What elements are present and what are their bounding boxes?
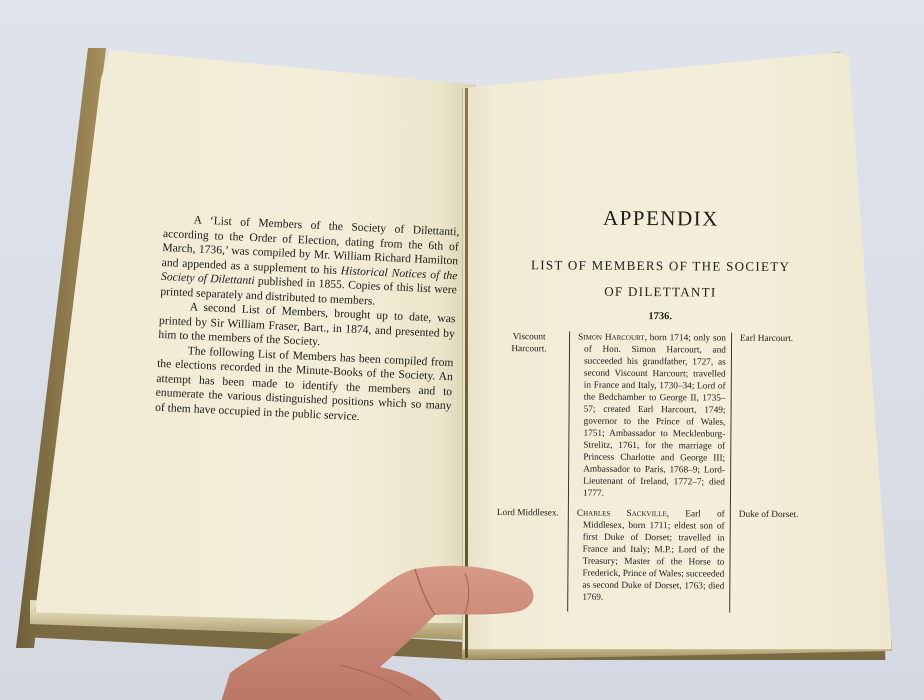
intro-paragraph-3: The following List of Members has been c… (155, 342, 454, 428)
introductory-note: A ‘List of Members of the Society of Dil… (155, 212, 460, 428)
member-biography: Charles Sackville, Earl of Middlesex, bo… (567, 508, 731, 613)
member-entry: Viscount Harcourt. Simon Harcourt, born … (494, 331, 825, 509)
member-name: Simon Harcourt (578, 333, 645, 343)
subheading-line-2: OF DILETTANTI (495, 278, 825, 306)
member-name: Charles Sackville (577, 509, 667, 520)
biography-text: , Earl of Middlesex, born 1711; eldest s… (582, 509, 724, 603)
appendix-heading: APPENDIX (496, 205, 826, 232)
book-photo: A ‘List of Members of the Society of Dil… (0, 0, 924, 700)
hand (220, 555, 550, 700)
title-at-election: Viscount Harcourt. (494, 331, 569, 508)
subheading-line-1: LIST OF MEMBERS OF THE SOCIETY (495, 252, 825, 280)
election-year: 1736. (495, 310, 825, 323)
biography-text: , born 1714; only son of Hon. Simon Harc… (583, 333, 726, 499)
appendix-page-content: APPENDIX LIST OF MEMBERS OF THE SOCIETY … (493, 205, 826, 613)
list-subheading: LIST OF MEMBERS OF THE SOCIETY OF DILETT… (495, 252, 825, 306)
member-biography: Simon Harcourt, born 1714; only son of H… (568, 332, 732, 509)
later-title: Earl Harcourt. (731, 333, 825, 510)
later-title: Duke of Dorset. (730, 509, 824, 614)
intro-paragraph-1: A ‘List of Members of the Society of Dil… (160, 212, 460, 312)
